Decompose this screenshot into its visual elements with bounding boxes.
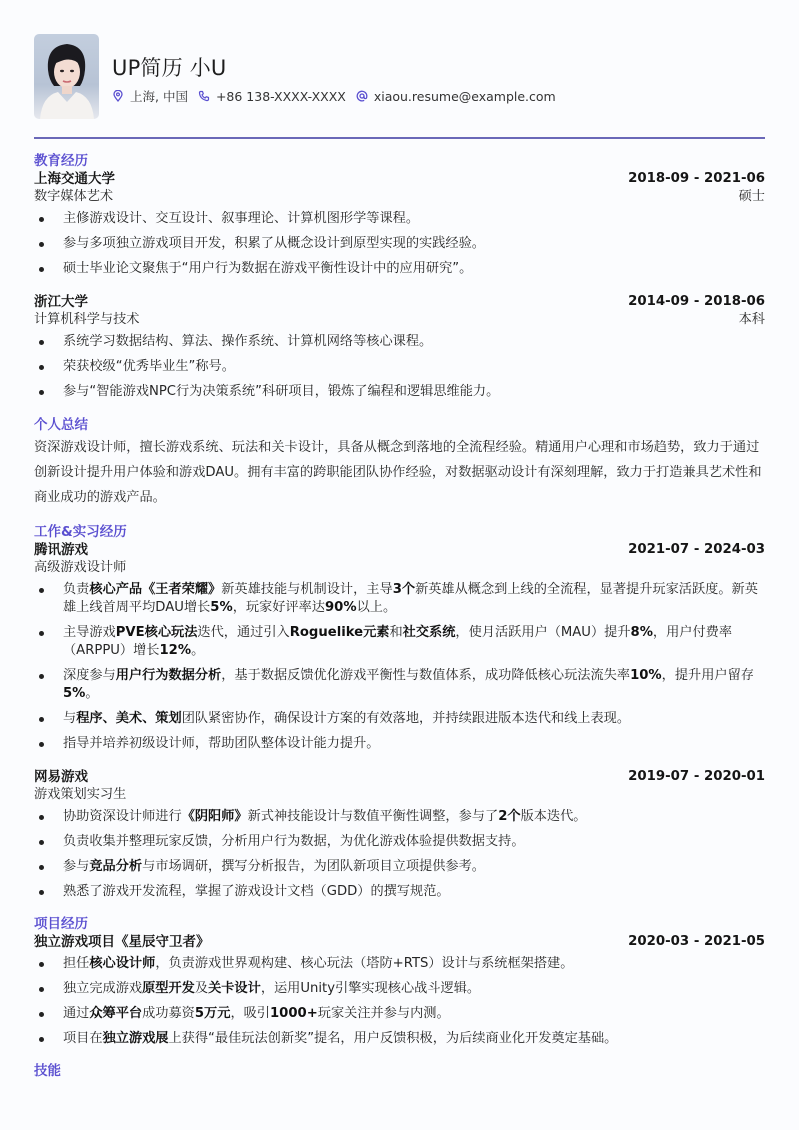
profile-photo: [34, 34, 99, 119]
school-name: 上海交通大学: [34, 170, 115, 188]
education-section: 教育经历 上海交通大学 2018-09 - 2021-06 数字媒体艺术 硕士 …: [34, 152, 765, 401]
date-range: 2014-09 - 2018-06: [628, 293, 765, 311]
list-item: 参与“智能游戏NPC行为决策系统”科研项目，锻炼了编程和逻辑思维能力。: [34, 383, 765, 401]
project-entry: 独立游戏项目《星辰守卫者》 2020-03 - 2021-05 担任核心设计师，…: [34, 933, 765, 1048]
date-range: 2019-07 - 2020-01: [628, 768, 765, 786]
list-item: 参与多项独立游戏项目开发，积累了从概念设计到原型实现的实践经验。: [34, 235, 765, 253]
section-title-projects: 项目经历: [34, 915, 765, 933]
degree: 硕士: [739, 188, 765, 206]
company-name: 腾讯游戏: [34, 541, 88, 559]
section-title-skills: 技能: [34, 1062, 765, 1080]
bullet-list: 协助资深设计师进行《阴阳师》新式神技能设计与数值平衡性调整，参与了2个版本迭代。…: [34, 808, 765, 901]
list-item: 负责核心产品《王者荣耀》新英雄技能与机制设计，主导3个新英雄从概念到上线的全流程…: [34, 581, 765, 617]
list-item: 负责收集并整理玩家反馈，分析用户行为数据，为优化游戏体验提供数据支持。: [34, 833, 765, 851]
contact-location: 上海, 中国: [112, 87, 188, 105]
work-entry: 网易游戏 2019-07 - 2020-01 游戏策划实习生 协助资深设计师进行…: [34, 768, 765, 901]
summary-section: 个人总结 资深游戏设计师，擅长游戏系统、玩法和关卡设计，具备从概念到落地的全流程…: [34, 416, 765, 510]
header-divider: [34, 137, 765, 139]
date-range: 2020-03 - 2021-05: [628, 933, 765, 951]
list-item: 荣获校级“优秀毕业生”称号。: [34, 358, 765, 376]
list-item: 参与竞品分析与市场调研，撰写分析报告，为团队新项目立项提供参考。: [34, 858, 765, 876]
list-item: 主修游戏设计、交互设计、叙事理论、计算机图形学等课程。: [34, 210, 765, 228]
work-entry: 腾讯游戏 2021-07 - 2024-03 高级游戏设计师 负责核心产品《王者…: [34, 541, 765, 753]
list-item: 系统学习数据结构、算法、操作系统、计算机网络等核心课程。: [34, 333, 765, 351]
bullet-list: 系统学习数据结构、算法、操作系统、计算机网络等核心课程。荣获校级“优秀毕业生”称…: [34, 333, 765, 401]
list-item: 主导游戏PVE核心玩法迭代，通过引入Roguelike元素和社交系统，使月活跃用…: [34, 624, 765, 660]
list-item: 与程序、美术、策划团队紧密协作，确保设计方案的有效落地，并持续跟进版本迭代和线上…: [34, 710, 765, 728]
bullet-list: 担任核心设计师，负责游戏世界观构建、核心玩法（塔防+RTS）设计与系统框架搭建。…: [34, 955, 765, 1048]
summary-text: 资深游戏设计师，擅长游戏系统、玩法和关卡设计，具备从概念到落地的全流程经验。精通…: [34, 435, 765, 510]
company-name: 网易游戏: [34, 768, 88, 786]
list-item: 通过众筹平台成功募资5万元，吸引1000+玩家关注并参与内测。: [34, 1005, 765, 1023]
list-item: 独立完成游戏原型开发及关卡设计，运用Unity引擎实现核心战斗逻辑。: [34, 980, 765, 998]
resume-content: 教育经历 上海交通大学 2018-09 - 2021-06 数字媒体艺术 硕士 …: [34, 152, 765, 1080]
contact-email: xiaou.resume@example.com: [356, 89, 556, 104]
job-title: 游戏策划实习生: [34, 786, 126, 804]
school-name: 浙江大学: [34, 293, 88, 311]
at-sign-icon: [356, 90, 368, 102]
portrait-icon: [34, 34, 99, 119]
degree: 本科: [739, 311, 765, 329]
project-name: 独立游戏项目《星辰守卫者》: [34, 933, 210, 951]
work-section: 工作&实习经历 腾讯游戏 2021-07 - 2024-03 高级游戏设计师 负…: [34, 523, 765, 901]
bullet-list: 负责核心产品《王者荣耀》新英雄技能与机制设计，主导3个新英雄从概念到上线的全流程…: [34, 581, 765, 753]
major: 数字媒体艺术: [34, 188, 113, 206]
list-item: 项目在独立游戏展上获得“最佳玩法创新奖”提名，用户反馈积极，为后续商业化开发奠定…: [34, 1030, 765, 1048]
list-item: 硕士毕业论文聚焦于“用户行为数据在游戏平衡性设计中的应用研究”。: [34, 260, 765, 278]
section-title-education: 教育经历: [34, 152, 765, 170]
list-item: 担任核心设计师，负责游戏世界观构建、核心玩法（塔防+RTS）设计与系统框架搭建。: [34, 955, 765, 973]
resume-header: UP简历 小U 上海, 中国 +86 138-XXXX-XXXX xiaou.r…: [34, 34, 765, 120]
bullet-list: 主修游戏设计、交互设计、叙事理论、计算机图形学等课程。参与多项独立游戏项目开发，…: [34, 210, 765, 278]
skills-section: 技能: [34, 1062, 765, 1080]
phone-text[interactable]: +86 138-XXXX-XXXX: [216, 89, 346, 104]
candidate-name: UP简历 小U: [112, 52, 226, 82]
projects-section: 项目经历 独立游戏项目《星辰守卫者》 2020-03 - 2021-05 担任核…: [34, 915, 765, 1048]
phone-icon: [198, 90, 210, 102]
list-item: 指导并培养初级设计师，帮助团队整体设计能力提升。: [34, 735, 765, 753]
section-title-work: 工作&实习经历: [34, 523, 765, 541]
list-item: 协助资深设计师进行《阴阳师》新式神技能设计与数值平衡性调整，参与了2个版本迭代。: [34, 808, 765, 826]
map-pin-icon: [112, 90, 124, 102]
education-entry: 浙江大学 2014-09 - 2018-06 计算机科学与技术 本科 系统学习数…: [34, 293, 765, 401]
contact-info: 上海, 中国 +86 138-XXXX-XXXX xiaou.resume@ex…: [112, 87, 566, 105]
list-item: 深度参与用户行为数据分析，基于数据反馈优化游戏平衡性与数值体系，成功降低核心玩法…: [34, 667, 765, 703]
date-range: 2021-07 - 2024-03: [628, 541, 765, 559]
contact-phone: +86 138-XXXX-XXXX: [198, 89, 346, 104]
education-entry: 上海交通大学 2018-09 - 2021-06 数字媒体艺术 硕士 主修游戏设…: [34, 170, 765, 278]
list-item: 熟悉了游戏开发流程，掌握了游戏设计文档（GDD）的撰写规范。: [34, 883, 765, 901]
email-link[interactable]: xiaou.resume@example.com: [374, 89, 556, 104]
location-text: 上海, 中国: [130, 87, 188, 105]
date-range: 2018-09 - 2021-06: [628, 170, 765, 188]
job-title: 高级游戏设计师: [34, 559, 126, 577]
major: 计算机科学与技术: [34, 311, 140, 329]
section-title-summary: 个人总结: [34, 416, 765, 434]
